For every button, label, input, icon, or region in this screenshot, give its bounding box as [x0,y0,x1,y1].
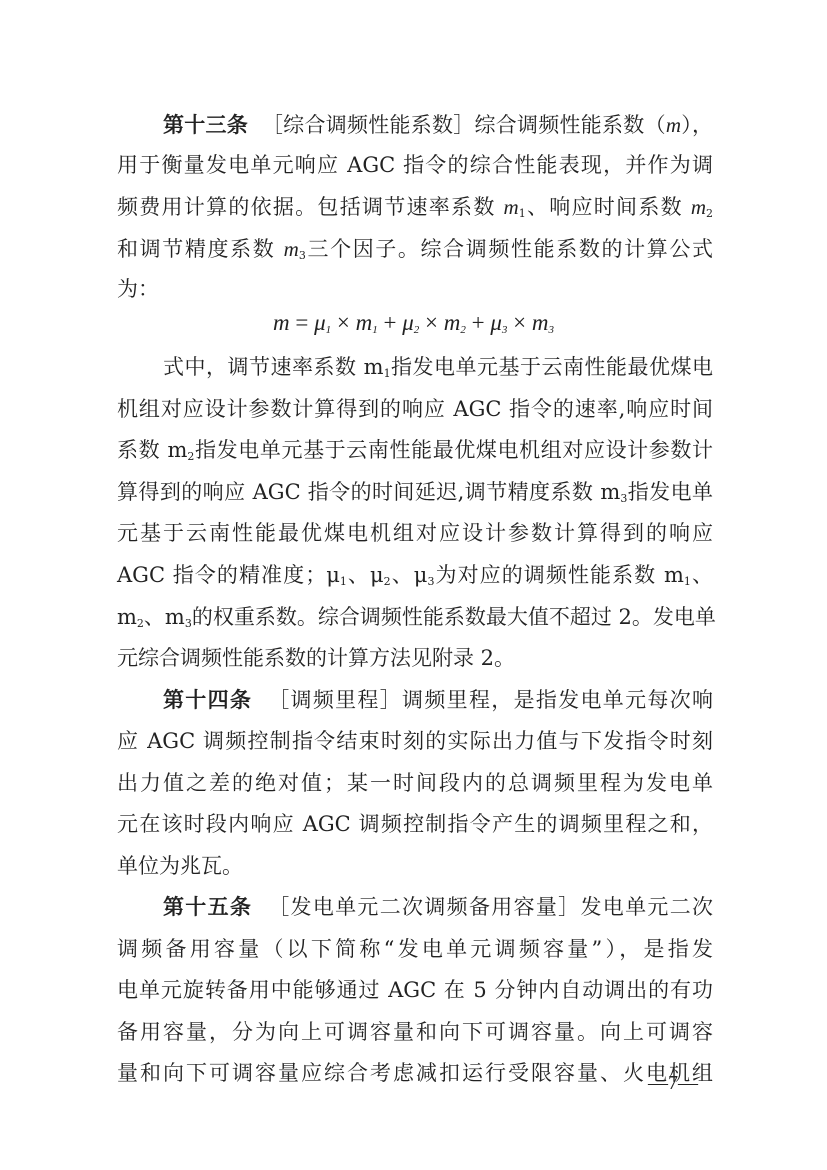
article-15-line-1: 第十五条 ［发电单元二次调频备用容量］发电单元二次 [163,892,713,922]
article-13-p2-line-3: 系数 m2指发电单元基于云南性能最优煤电机组对应设计参数计 [117,435,713,465]
article-13-heading: 第十三条 [163,112,248,137]
article-13-p2-line-8: 元综合调频性能系数的计算方法见附录 2。 [117,643,713,673]
page-number: —7— [648,1072,698,1095]
article-14-line-1: 第十四条 ［调频里程］调频里程，是指发电单元每次响 [163,685,713,715]
article-14-line-3: 出力值之差的绝对值；某一时间段内的总调频里程为发电单 [117,768,713,798]
article-13-line-4: 和调节精度系数 m3三个因子。综合调频性能系数的计算公式 [117,234,713,264]
article-15-line-3: 电单元旋转备用中能够通过 AGC 在 5 分钟内自动调出的有功 [117,975,713,1005]
article-14-heading: 第十四条 [163,687,252,712]
article-14-line-5: 单位为兆瓦。 [117,851,713,881]
article-13-p2-line-6: AGC 指令的精准度；μ1、μ2、μ3为对应的调频性能系数 m1、 [117,560,713,590]
article-13-line-5: 为： [117,274,713,304]
article-13-line-3: 频费用计算的依据。包括调节速率系数 m1、响应时间系数 m2 [117,192,713,222]
article-13-line-2: 用于衡量发电单元响应 AGC 指令的综合性能表现，并作为调 [117,150,713,180]
performance-formula: m = μ1 × m1 + μ2 × m2 + μ3 × m3 [0,310,827,336]
article-14-line-4: 元在该时段内响应 AGC 调频控制指令产生的调频里程之和， [117,809,713,839]
article-13-p2-line-5: 元基于云南性能最优煤电机组对应设计参数计算得到的响应 [117,518,713,548]
article-15-line-2: 调频备用容量（以下简称“发电单元调频容量”），是指发 [117,934,713,964]
article-13-line-1: 第十三条 ［综合调频性能系数］综合调频性能系数（m）， [163,110,713,140]
article-13-p2-line-4: 算得到的响应 AGC 指令的时间延迟,调节精度系数 m3指发电单 [117,477,713,507]
article-14-line-2: 应 AGC 调频控制指令结束时刻的实际出力值与下发指令时刻 [117,726,713,756]
article-13-p2-line-1: 式中，调节速率系数 m1指发电单元基于云南性能最优煤电 [163,352,713,382]
article-15-line-4: 备用容量，分为向上可调容量和向下可调容量。向上可调容 [117,1017,713,1047]
article-13-p2-line-2: 机组对应设计参数计算得到的响应 AGC 指令的速率,响应时间 [117,394,713,424]
article-15-heading: 第十五条 [163,894,252,919]
article-15-line-5: 量和向下可调容量应综合考虑减扣运行受限容量、火电机组 [117,1058,713,1088]
article-13-p2-line-7: m2、m3的权重系数。综合调频性能系数最大值不超过 2。发电单 [117,602,713,632]
